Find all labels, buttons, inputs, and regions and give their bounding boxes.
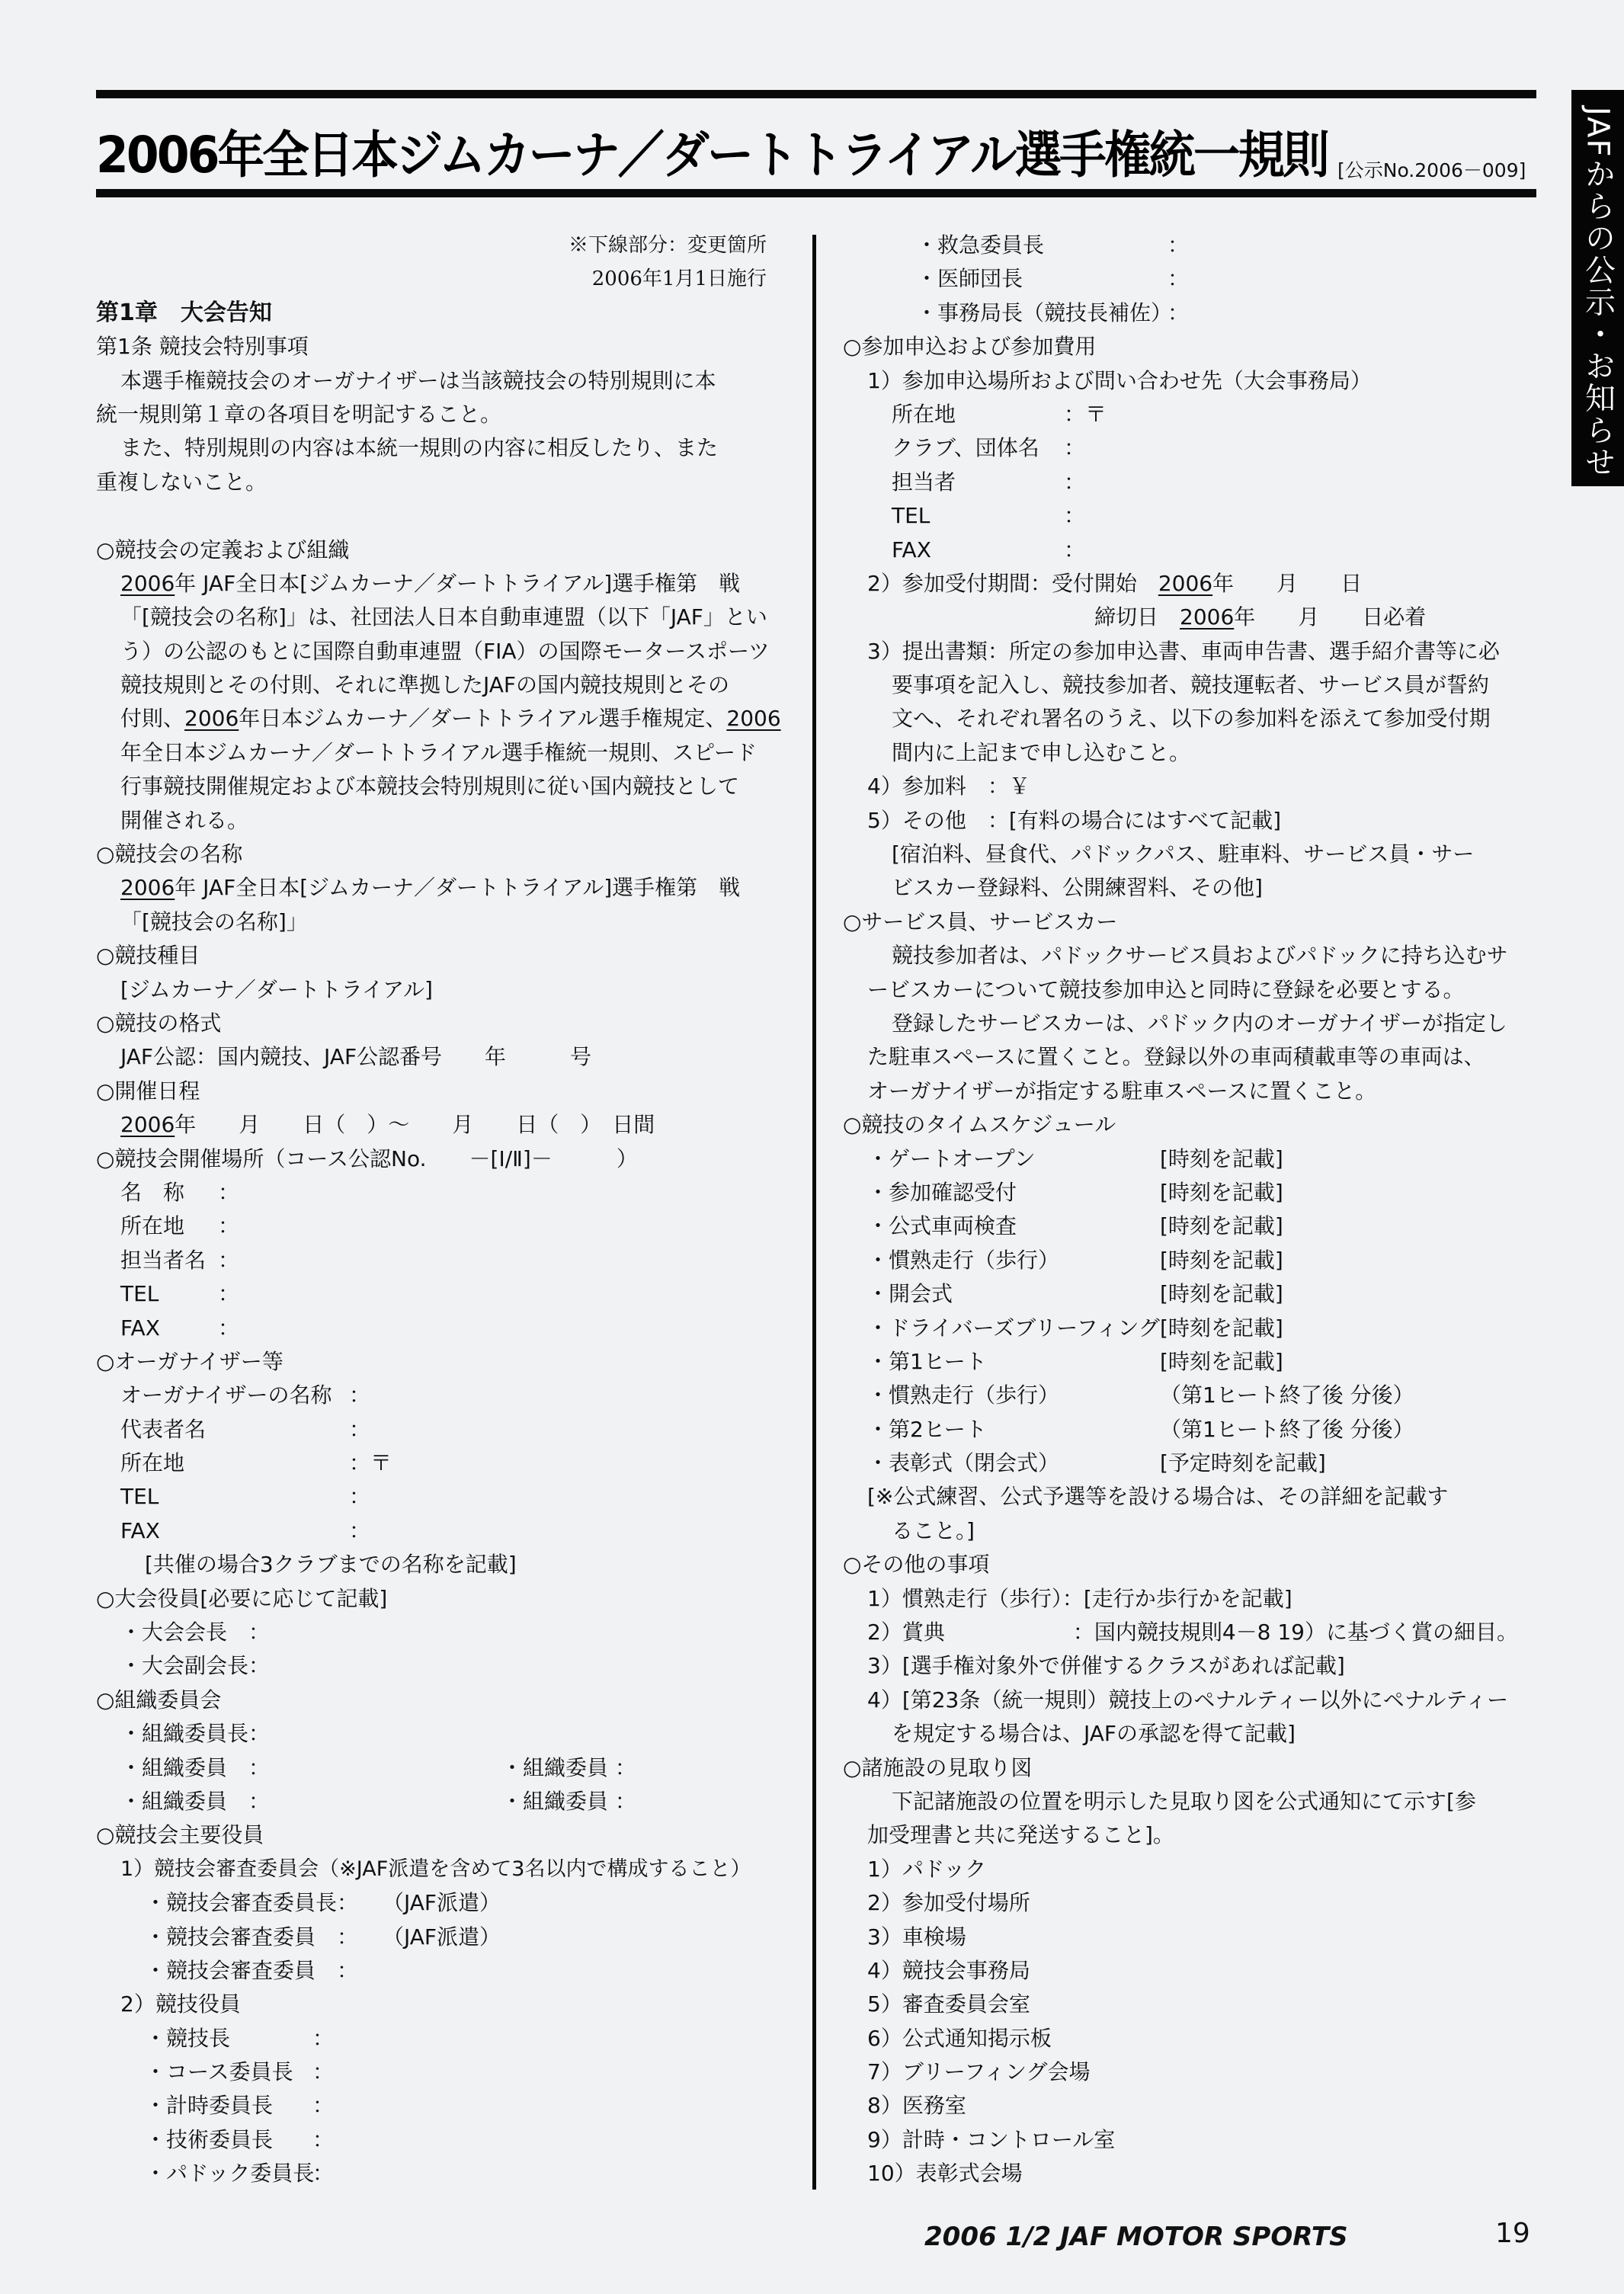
type-value: [ジムカーナ／ダートトライアル] (96, 973, 767, 1007)
definition-line: 開催される。 (96, 804, 767, 838)
spacer (96, 499, 767, 533)
service-line: ービスカーについて競技参加申込と同時に登録を必要とする。 (843, 973, 1536, 1007)
definition-line: 年全日本ジムカーナ／ダートトライアル選手権統一規則、スピード (96, 736, 767, 770)
definition-line: う）の公認のもとに国際自動車連盟（FIA）の国際モータースポーツ (96, 635, 767, 668)
timetable-row: ・ドライバーズブリーフィング[時刻を記載] (843, 1312, 1536, 1345)
venue-field: TEL： (96, 1277, 767, 1311)
timetable-row: ・慣熟走行（歩行）[時刻を記載] (843, 1244, 1536, 1277)
section-heading: ○競技の格式 (96, 1007, 767, 1040)
documents-line: 間内に上記まで申し込むこと。 (843, 736, 1536, 770)
race-official-item: ・医師団長： (843, 262, 1536, 296)
documents-line: 3）提出書類：所定の参加申込書、車両申告書、選手紹介書等に必 (843, 635, 1536, 668)
timetable-row: ・表彰式（閉会式）[予定時刻を記載] (843, 1447, 1536, 1480)
column-divider (812, 235, 816, 2190)
committee-members: ・組織委員 ：・組織委員 ： (96, 1785, 767, 1818)
definition-line: 「[競技会の名称]」は、社団法人日本自動車連盟（以下「JAF」とい (96, 601, 767, 634)
entry-field: 担当者： (843, 466, 1536, 499)
section-heading: ○競技のタイムスケジュール (843, 1108, 1536, 1142)
right-column: ・救急委員長： ・医師団長： ・事務局長（競技長補佐）： ○参加申込および参加費… (843, 229, 1536, 2191)
changed-year: 2006 (1158, 571, 1212, 596)
official-item: ・大会会長 ： (96, 1616, 767, 1649)
name-line: 2006年 JAF全日本[ジムカーナ／ダートトライアル]選手権第 戦 (96, 871, 767, 905)
misc-item: を規定する場合は、JAFの承認を得て記載] (843, 1717, 1536, 1751)
entry-field: 所在地：〒 (843, 398, 1536, 431)
section-heading: ○競技会の定義および組織 (96, 533, 767, 567)
steward-item: ・競技会審査委員 ：（JAF派遣） (96, 1921, 767, 1954)
facility-item: 8）医務室 (843, 2089, 1536, 2123)
changed-year: 2006 (726, 706, 780, 731)
venue-field: FAX： (96, 1312, 767, 1345)
race-official-item: ・事務局長（競技長補佐）： (843, 296, 1536, 330)
changed-year: 2006 (120, 1112, 175, 1137)
race-official-item: ・計時委員長： (96, 2089, 767, 2123)
changed-year: 2006 (184, 706, 239, 731)
underline-note: ※下線部分：変更箇所 (96, 229, 767, 262)
format-value: JAF公認：国内競技、JAF公認番号 年 号 (96, 1040, 767, 1074)
documents-line: 要事項を記入し、競技参加者、競技運転者、サービス員が誓約 (843, 668, 1536, 702)
facility-item: 10）表彰式会場 (843, 2157, 1536, 2190)
subsection-heading: 1）競技会審査委員会（※JAF派遣を含めて3名以内で構成すること） (96, 1853, 767, 1886)
race-official-item: ・パドック委員長： (96, 2157, 767, 2190)
venue-field: 名 称： (96, 1176, 767, 1209)
facility-item: 3）車検場 (843, 1921, 1536, 1954)
race-official-item: ・救急委員長： (843, 229, 1536, 262)
organizer-field: 所在地：〒 (96, 1447, 767, 1480)
organizer-note: [共催の場合3クラブまでの名称を記載] (96, 1548, 767, 1581)
official-item: ・大会副会長： (96, 1649, 767, 1683)
misc-item: 2）賞典 ：国内競技規則4－8 19）に基づく賞の細目。 (843, 1616, 1536, 1649)
section-heading: ○大会役員[必要に応じて記載] (96, 1582, 767, 1616)
facility-item: 2）参加受付場所 (843, 1886, 1536, 1920)
facilities-intro: 加受理書と共に発送すること]。 (843, 1818, 1536, 1852)
race-official-item: ・コース委員長： (96, 2055, 767, 2089)
chapter-heading: 第1章 大会告知 (96, 296, 767, 330)
organizer-field: TEL： (96, 1480, 767, 1514)
timetable-row: ・参加確認受付[時刻を記載] (843, 1176, 1536, 1209)
title-bottom-rule (96, 189, 1536, 197)
venue-field: 担当者名： (96, 1244, 767, 1277)
facility-item: 9）計時・コントロール室 (843, 2123, 1536, 2157)
section-heading: ○競技種目 (96, 939, 767, 972)
section-heading: ○その他の事項 (843, 1548, 1536, 1581)
organizer-field: 代表者名： (96, 1413, 767, 1447)
section-heading: ○競技会主要役員 (96, 1818, 767, 1852)
name-line: 「[競技会の名称]」 (96, 905, 767, 939)
subsection-heading: 1）参加申込場所および問い合わせ先（大会事務局） (843, 364, 1536, 398)
timetable-row: ・公式車両検査[時刻を記載] (843, 1209, 1536, 1243)
entry-period: 2）参加受付期間：受付開始 2006年 月 日 (843, 567, 1536, 601)
definition-line: 競技規則とその付則、それに準拠したJAFの国内競技規則とその (96, 668, 767, 702)
venue-field: 所在地： (96, 1209, 767, 1243)
section-heading: ○組織委員会 (96, 1684, 767, 1717)
timetable-row: ・開会式[時刻を記載] (843, 1277, 1536, 1311)
committee-chair: ・組織委員長： (96, 1717, 767, 1751)
facility-item: 1）パドック (843, 1853, 1536, 1886)
facility-item: 4）競技会事務局 (843, 1954, 1536, 1988)
timetable-note: ること。] (843, 1514, 1536, 1548)
timetable-row: ・第2ヒート（第1ヒート終了後 分後） (843, 1413, 1536, 1447)
documents-line: 文へ、それぞれ署名のうえ、以下の参加料を添えて参加受付期 (843, 702, 1536, 735)
definition-line: 行事競技開催規定および本競技会特別規則に従い国内競技として (96, 770, 767, 803)
changed-year: 2006 (1180, 604, 1234, 630)
changed-year: 2006 (120, 875, 175, 900)
timetable-note: [※公式練習、公式予選等を設ける場合は、その詳細を記載す (843, 1480, 1536, 1514)
intro-line: 統一規則第１章の各項目を明記すること。 (96, 398, 767, 431)
steward-item: ・競技会審査委員 ： (96, 1954, 767, 1988)
service-line: た駐車スペースに置くこと。登録以外の車両積載車等の車両は、 (843, 1040, 1536, 1074)
timetable-row: ・第1ヒート[時刻を記載] (843, 1345, 1536, 1379)
race-official-item: ・技術委員長： (96, 2123, 767, 2157)
section-heading: ○競技会の名称 (96, 838, 767, 871)
facility-item: 6）公式通知掲示板 (843, 2022, 1536, 2055)
section-heading: ○諸施設の見取り図 (843, 1751, 1536, 1785)
facility-item: 5）審査委員会室 (843, 1988, 1536, 2021)
notice-number: [公示No.2006－009] (1337, 155, 1526, 183)
intro-line: 重複しないこと。 (96, 466, 767, 499)
top-rule (96, 90, 1536, 98)
entry-field: FAX： (843, 533, 1536, 567)
intro-line: 本選手権競技会のオーガナイザーは当該競技会の特別規則に本 (96, 364, 767, 398)
facilities-intro: 下記諸施設の位置を明示した見取り図を公式通知にて示す[参 (843, 1785, 1536, 1818)
organizer-field: FAX： (96, 1514, 767, 1548)
changed-year: 2006 (120, 571, 175, 596)
committee-members: ・組織委員 ：・組織委員 ： (96, 1751, 767, 1785)
misc-item: 4）[第23条（統一規則）競技上のペナルティー以外にペナルティー (843, 1684, 1536, 1717)
entry-field: TEL： (843, 499, 1536, 533)
misc-item: 1）慣熟走行（歩行）：[走行か歩行かを記載] (843, 1582, 1536, 1616)
schedule-value: 2006年 月 日（ ）～ 月 日（ ） 日間 (96, 1108, 767, 1142)
entry-field: クラブ、団体名： (843, 431, 1536, 465)
timetable-row: ・慣熟走行（歩行）（第1ヒート終了後 分後） (843, 1379, 1536, 1412)
definition-line: 2006年 JAF全日本[ジムカーナ／ダートトライアル]選手権第 戦 (96, 567, 767, 601)
steward-item: ・競技会審査委員長：（JAF派遣） (96, 1886, 767, 1920)
definition-line: 付則、2006年日本ジムカーナ／ダートトライアル選手権規定、2006 (96, 702, 767, 735)
service-line: 競技参加者は、パドックサービス員およびパドックに持ち込むサ (843, 939, 1536, 972)
intro-line: また、特別規則の内容は本統一規則の内容に相反したり、また (96, 431, 767, 465)
section-heading: ○オーガナイザー等 (96, 1345, 767, 1379)
race-official-item: ・競技長： (96, 2022, 767, 2055)
service-line: 登録したサービスカーは、パドック内のオーガナイザーが指定し (843, 1007, 1536, 1040)
effective-date: 2006年1月1日施行 (96, 262, 767, 296)
section-heading: ○競技会開催場所（コース公認No. －[Ⅰ/Ⅱ]－ ） (96, 1142, 767, 1176)
entry-other-detail: [宿泊料、昼食代、パドックパス、駐車料、サービス員・サー (843, 838, 1536, 871)
timetable-row: ・ゲートオープン[時刻を記載] (843, 1142, 1536, 1176)
section-heading: ○開催日程 (96, 1075, 767, 1108)
service-line: オーガナイザーが指定する駐車スペースに置くこと。 (843, 1075, 1536, 1108)
entry-other: 5）その他 ：[有料の場合にはすべて記載] (843, 804, 1536, 838)
subsection-heading: 2）競技役員 (96, 1988, 767, 2021)
article-heading: 第1条 競技会特別事項 (96, 330, 767, 364)
section-heading: ○参加申込および参加費用 (843, 330, 1536, 364)
page-number: 19 (1495, 2218, 1530, 2249)
entry-other-detail: ビスカー登録料、公開練習料、その他] (843, 871, 1536, 905)
left-column: ※下線部分：変更箇所 2006年1月1日施行 第1章 大会告知 第1条 競技会特… (96, 229, 767, 2191)
magazine-footer: 2006 1/2 JAF MOTOR SPORTS (924, 2222, 1348, 2252)
misc-item: 3）[選手権対象外で併催するクラスがあれば記載] (843, 1649, 1536, 1683)
facility-item: 7）ブリーフィング会場 (843, 2055, 1536, 2089)
entry-fee: 4）参加料 ：￥ (843, 770, 1536, 803)
organizer-field: オーガナイザーの名称： (96, 1379, 767, 1412)
entry-deadline: 締切日 2006年 月 日必着 (843, 601, 1536, 634)
section-side-tab: JAFからの公示・お知らせ (1571, 90, 1624, 486)
section-heading: ○サービス員、サービスカー (843, 905, 1536, 939)
page-title: 2006年全日本ジムカーナ／ダートトライアル選手権統一規則 (96, 114, 1328, 187)
